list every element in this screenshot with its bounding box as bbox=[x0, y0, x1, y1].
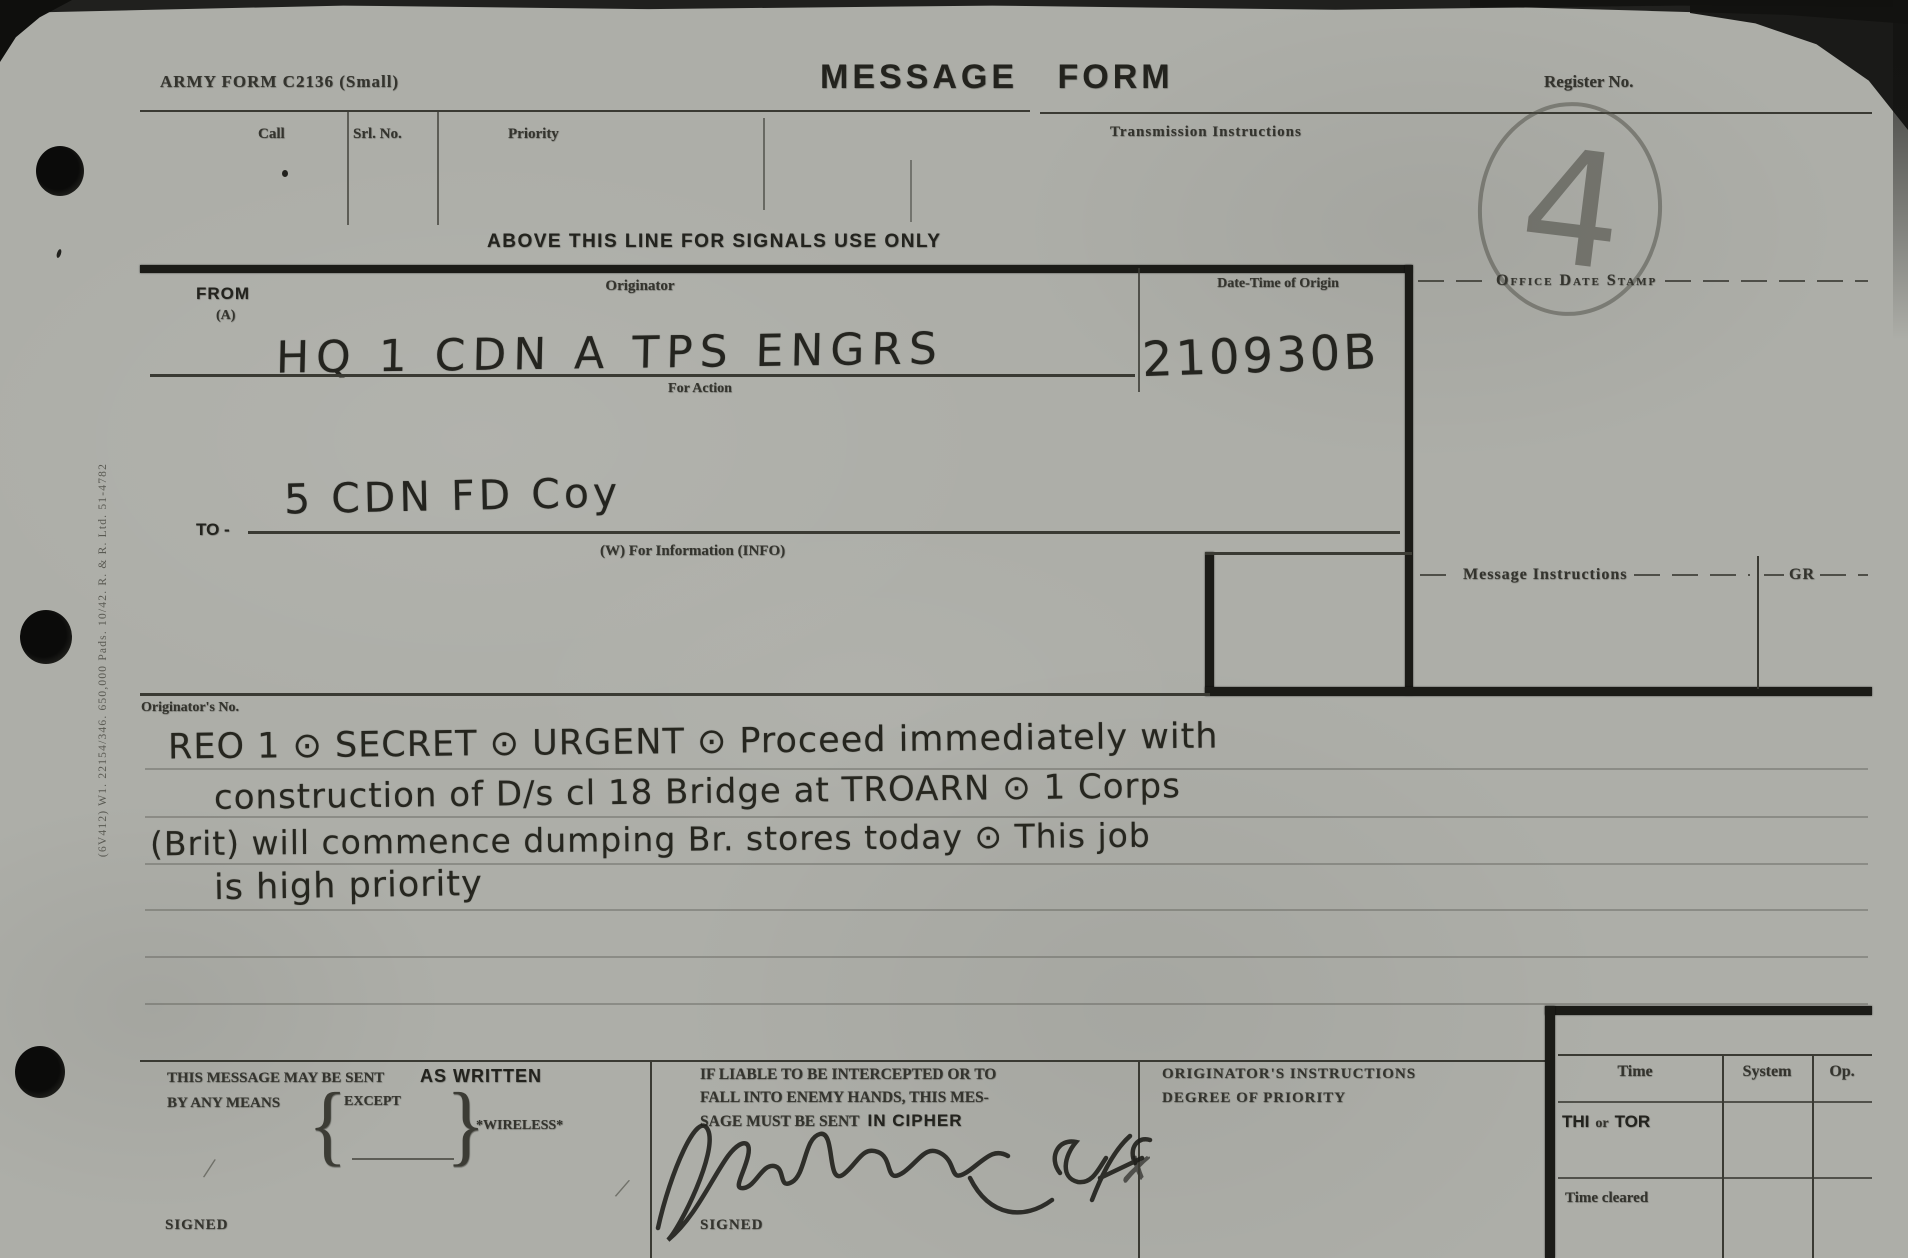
originator-instructions-line2: DEGREE OF PRIORITY bbox=[1162, 1090, 1346, 1107]
originator-instructions-line1: ORIGINATOR'S INSTRUCTIONS bbox=[1162, 1066, 1416, 1083]
signed-label-middle: SIGNED bbox=[700, 1217, 764, 1234]
instructions-cell-top-border bbox=[1205, 552, 1412, 555]
signals-box-right-border bbox=[1405, 265, 1413, 695]
column-call-label: Call bbox=[258, 126, 285, 143]
ops-table-col-divider bbox=[1812, 1056, 1814, 1258]
footer-top-rule bbox=[140, 1060, 1545, 1062]
ops-table-left-border bbox=[1545, 1006, 1555, 1258]
originators-no-label: Originator's No. bbox=[141, 700, 239, 716]
header-rule bbox=[1040, 112, 1872, 114]
to-label: TO - bbox=[196, 520, 230, 540]
date-time-of-origin-value: 210930B bbox=[1141, 324, 1380, 388]
gr-label: GR bbox=[1789, 566, 1815, 584]
brace-open: { bbox=[308, 1073, 347, 1176]
hole-punch-middle bbox=[20, 610, 72, 664]
ops-table-header-bottom-rule bbox=[1558, 1101, 1872, 1103]
signals-box-bottom-border bbox=[1205, 687, 1872, 696]
ops-table-time-cleared: Time cleared bbox=[1565, 1190, 1648, 1207]
for-action-label: For Action bbox=[630, 381, 770, 397]
gr-divider bbox=[1757, 556, 1759, 689]
or-label: or bbox=[1595, 1116, 1608, 1132]
from-write-line bbox=[150, 374, 1135, 377]
message-line: is high priority bbox=[214, 864, 483, 908]
scan-speck bbox=[282, 170, 288, 177]
signals-box-top-border bbox=[140, 265, 1412, 273]
column-divider bbox=[910, 160, 912, 222]
dash-line bbox=[1820, 574, 1868, 576]
register-no-label: Register No. bbox=[1544, 72, 1633, 92]
page-title: MESSAGE FORM bbox=[820, 58, 1174, 97]
sent-clause-line2: BY ANY MEANS bbox=[167, 1095, 280, 1112]
sent-clause-line1: THIS MESSAGE MAY BE SENT bbox=[167, 1070, 384, 1087]
column-priority-label: Priority bbox=[508, 126, 559, 143]
except-blank-line bbox=[352, 1158, 454, 1160]
ops-table-row-rule bbox=[1558, 1177, 1872, 1179]
ops-table-top-border bbox=[1545, 1006, 1872, 1015]
dash-line bbox=[1418, 280, 1488, 282]
message-instructions-label: Message Instructions bbox=[1463, 566, 1627, 584]
office-date-stamp-row: Office Date Stamp bbox=[1418, 272, 1868, 290]
date-time-of-origin-label: Date-Time of Origin bbox=[1158, 276, 1398, 292]
pencil-tick: / bbox=[612, 1172, 632, 1207]
scan-right-edge bbox=[1893, 0, 1908, 340]
hole-punch-top bbox=[36, 146, 84, 196]
tor-label: TOR bbox=[1615, 1112, 1651, 1132]
dash-line bbox=[1665, 280, 1868, 282]
signals-notice: ABOVE THIS LINE FOR SIGNALS USE ONLY bbox=[487, 231, 941, 253]
ops-table-thi-or-tor: THI or TOR bbox=[1562, 1112, 1650, 1132]
ops-table-header-system: System bbox=[1722, 1063, 1812, 1081]
message-rule bbox=[145, 909, 1868, 911]
column-srl-no-label: Srl. No. bbox=[353, 126, 402, 143]
ops-table-header-op: Op. bbox=[1812, 1063, 1872, 1081]
originator-label: Originator bbox=[560, 278, 720, 295]
scan-speck bbox=[56, 249, 63, 259]
ops-table-col-divider bbox=[1722, 1056, 1724, 1258]
for-information-label: (W) For Information (INFO) bbox=[600, 543, 785, 560]
header-rule bbox=[140, 110, 1030, 112]
dash-line bbox=[1764, 574, 1784, 576]
message-line: construction of D/s cl 18 Bridge at TROA… bbox=[214, 766, 1181, 818]
column-divider bbox=[347, 112, 349, 225]
dash-line bbox=[1634, 574, 1750, 576]
ops-table-header-top-rule bbox=[1558, 1054, 1872, 1056]
from-label: FROM bbox=[196, 284, 250, 304]
ops-table-header-time: Time bbox=[1590, 1063, 1680, 1081]
thi-label: THI bbox=[1562, 1112, 1589, 1132]
hole-punch-bottom bbox=[15, 1046, 65, 1098]
office-date-stamp-label: Office Date Stamp bbox=[1496, 272, 1657, 290]
column-transmission-label: Transmission Instructions bbox=[1110, 124, 1302, 141]
column-divider bbox=[437, 112, 439, 225]
gr-cell: GR bbox=[1764, 566, 1868, 584]
message-instructions-row: Message Instructions bbox=[1420, 566, 1750, 584]
printers-imprint: (6V412) W1. 22154/346. 650,000 Pads. 10/… bbox=[97, 260, 117, 1060]
instructions-cell-left-border bbox=[1205, 552, 1214, 694]
pencil-tick: / bbox=[201, 1151, 217, 1186]
date-time-divider bbox=[1138, 268, 1140, 392]
scanned-message-form: / / ✗ (6V412) W1. 22154/346. 650,000 Pad… bbox=[0, 0, 1908, 1258]
form-number: ARMY FORM C2136 (Small) bbox=[160, 72, 399, 92]
message-line: (Brit) will commence dumping Br. stores … bbox=[150, 816, 1151, 864]
to-write-line bbox=[248, 531, 1400, 534]
message-line: REO 1 ⊙ SECRET ⊙ URGENT ⊙ Proceed immedi… bbox=[168, 717, 1219, 768]
column-divider bbox=[763, 118, 765, 210]
originators-no-rule bbox=[140, 693, 1210, 696]
message-rule bbox=[145, 956, 1868, 958]
except-label: EXCEPT bbox=[344, 1094, 401, 1110]
dash-line bbox=[1420, 574, 1456, 576]
to-value: 5 CDN FD Coy bbox=[284, 468, 622, 523]
message-rule bbox=[145, 1003, 1868, 1005]
from-sub-label: (A) bbox=[216, 308, 235, 324]
wireless-label: *WIRELESS* bbox=[476, 1118, 563, 1134]
signed-label-left: SIGNED bbox=[165, 1217, 229, 1234]
